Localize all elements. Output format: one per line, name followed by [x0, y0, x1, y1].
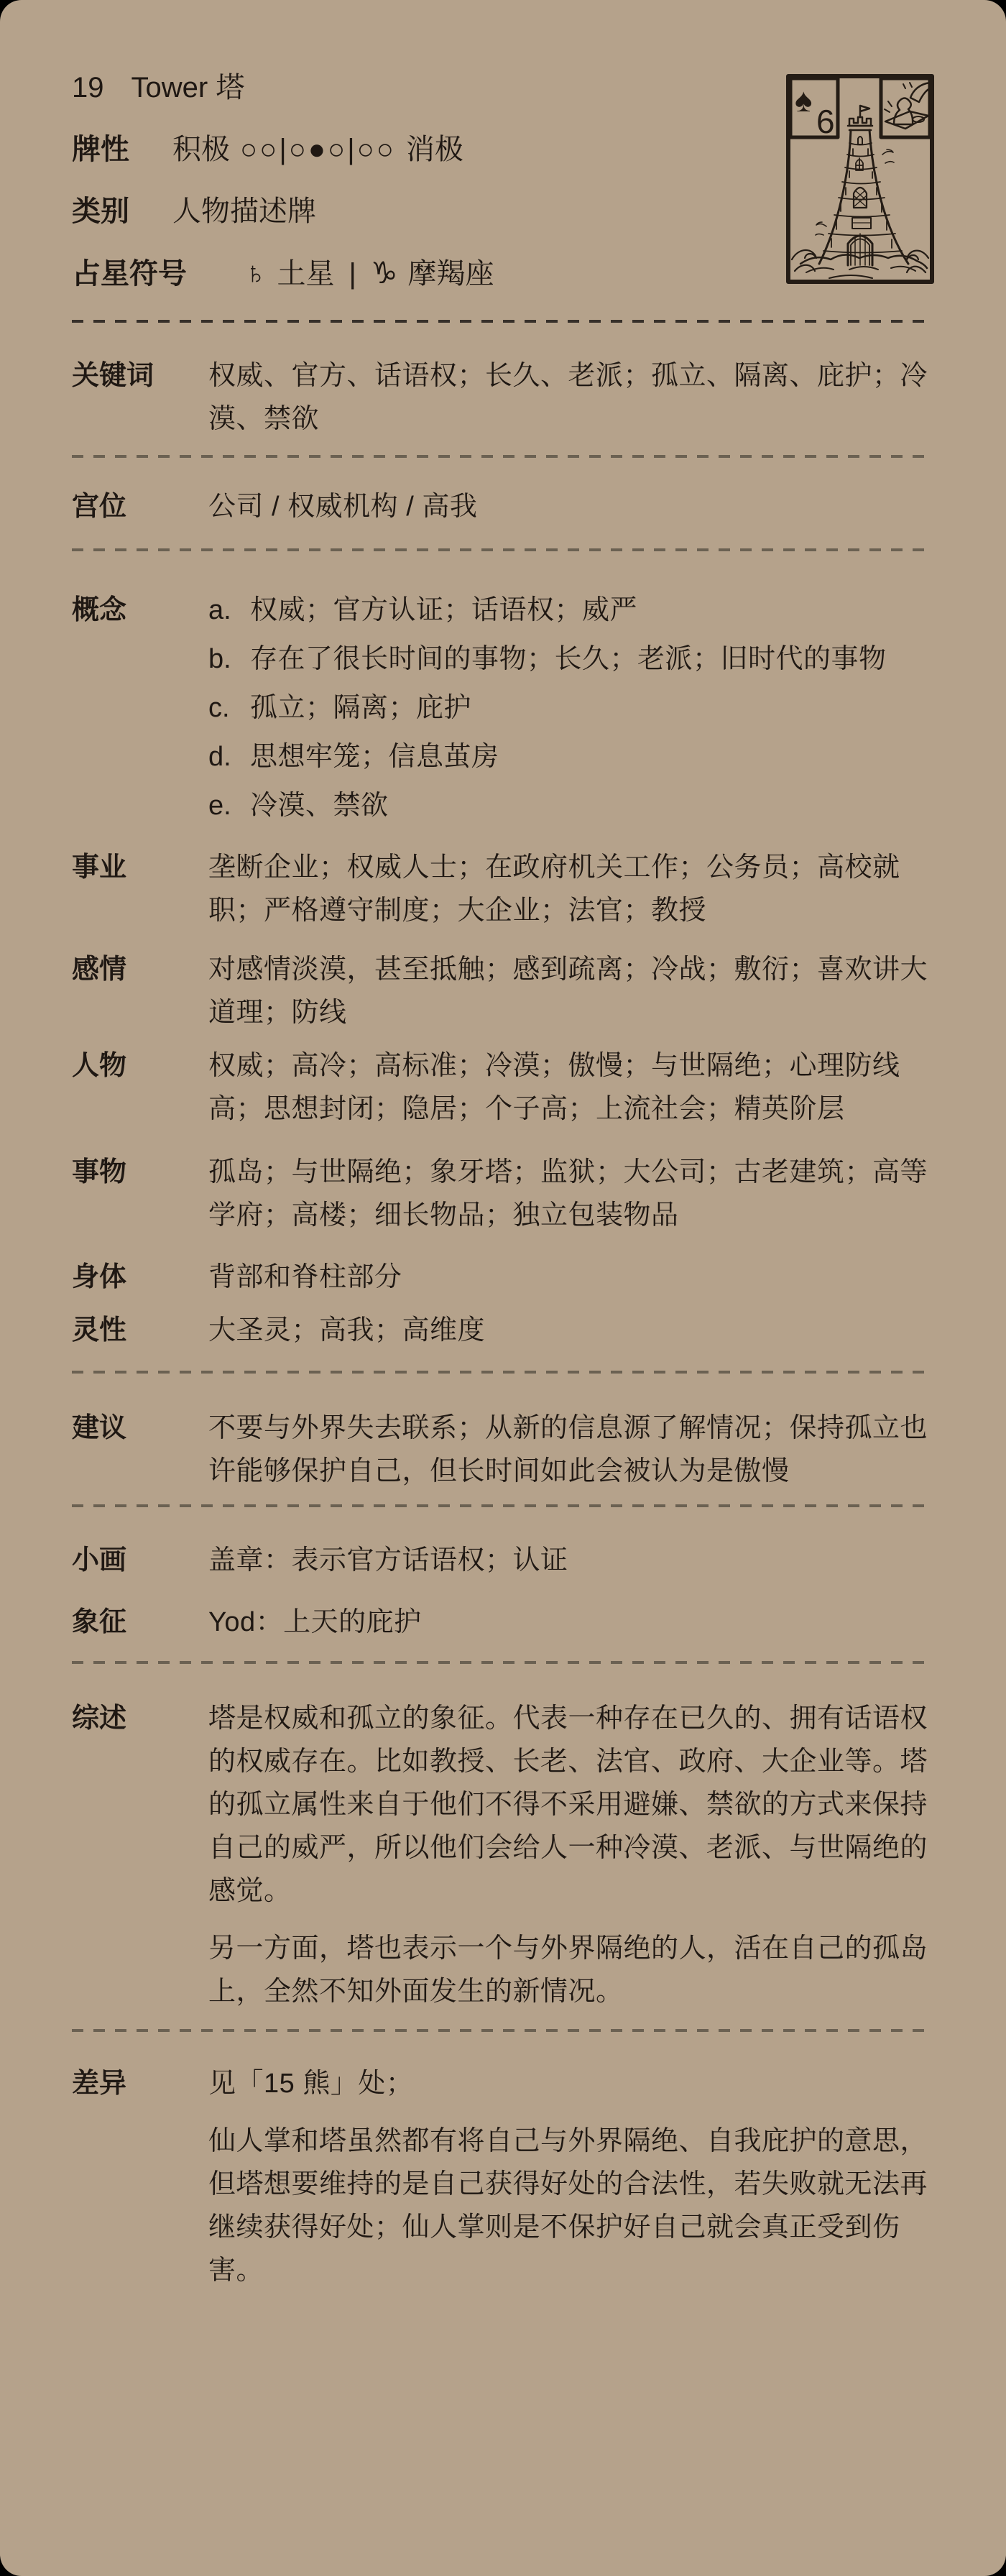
list-item: c. 孤立；隔离；庇护 — [208, 686, 934, 730]
astrology-divider: | — [345, 258, 361, 290]
section-label: 宫位 — [72, 485, 208, 528]
dashed-divider — [72, 1371, 934, 1374]
category-label: 类别 — [72, 195, 172, 227]
section-label: 事物 — [72, 1151, 208, 1237]
paragraph: 塔是权威和孤立的象征。代表一种存在已久的、拥有话语权的权威存在。比如教授、长老、… — [208, 1697, 934, 1913]
capricorn-name: 摩羯座 — [408, 258, 494, 290]
saturn-name: 土星 — [277, 258, 335, 290]
section-spirit: 灵性 大圣灵；高我；高维度 — [72, 1309, 934, 1352]
section-label: 灵性 — [72, 1309, 208, 1352]
section-label: 建议 — [72, 1407, 208, 1493]
section-label: 小画 — [72, 1539, 208, 1582]
list-marker: b. — [208, 638, 250, 681]
polarity-scale: ○○|○●○|○○ — [240, 134, 396, 165]
list-marker: d. — [208, 735, 250, 778]
list-item: e. 冷漠、禁欲 — [208, 784, 934, 827]
list-item: d. 思想牢笼；信息茧房 — [208, 735, 934, 778]
dashed-divider — [72, 548, 934, 551]
section-concepts: 概念 a. 权威；官方认证；话语权；威严 b. 存在了很长时间的事物；长久；老派… — [72, 589, 934, 833]
concept-list: a. 权威；官方认证；话语权；威严 b. 存在了很长时间的事物；长久；老派；旧时… — [208, 589, 934, 833]
section-vignette: 小画 盖章：表示官方话语权；认证 — [72, 1539, 934, 1582]
section-label: 人物 — [72, 1044, 208, 1131]
section-text: 权威、官方、话语权；长久、老派；孤立、隔离、庇护；冷漠、禁欲 — [208, 354, 934, 441]
polarity-negative: 消极 — [406, 134, 463, 165]
section-text: Yod：上天的庇护 — [208, 1601, 934, 1644]
list-marker: c. — [208, 686, 250, 730]
category-value: 人物描述牌 — [172, 195, 316, 227]
list-item: a. 权威；官方认证；话语权；威严 — [208, 589, 934, 632]
dashed-divider — [72, 320, 934, 323]
tower-card-illustration: ♠ 6 — [786, 74, 934, 284]
capricorn-icon: ♑ — [371, 257, 398, 289]
section-symbol: 象征 Yod：上天的庇护 — [72, 1601, 934, 1644]
section-text: 盖章：表示官方话语权；认证 — [208, 1539, 934, 1582]
card-number: 19 — [72, 72, 104, 103]
spade-rank-box: ♠ 6 — [790, 78, 838, 140]
paragraph: 见「15 熊」处； — [208, 2062, 934, 2105]
dashed-divider — [72, 2029, 934, 2032]
dashed-divider — [72, 1504, 934, 1507]
section-overview: 综述 塔是权威和孤立的象征。代表一种存在已久的、拥有话语权的权威存在。比如教授、… — [72, 1697, 934, 2013]
polarity-value: 积极 ○○|○●○|○○ 消极 — [172, 134, 463, 165]
section-label: 综述 — [72, 1697, 208, 2013]
section-label: 身体 — [72, 1256, 208, 1299]
card-reference-page: 19 Tower 塔 牌性 积极 ○○|○●○|○○ 消极 类别 人物描述牌 占… — [0, 0, 1006, 2576]
section-palace: 宫位 公司 / 权威机构 / 高我 — [72, 485, 934, 528]
section-label: 象征 — [72, 1601, 208, 1644]
section-difference: 差异 见「15 熊」处； 仙人掌和塔虽然都有将自己与外界隔绝、自我庇护的意思，但… — [72, 2062, 934, 2292]
polarity-positive: 积极 — [172, 134, 230, 165]
section-keywords: 关键词 权威、官方、话语权；长久、老派；孤立、隔离、庇护；冷漠、禁欲 — [72, 354, 934, 441]
section-text: 垄断企业；权威人士；在政府机关工作；公务员；高校就职；严格遵守制度；大企业；法官… — [208, 846, 934, 932]
dashed-divider — [72, 1661, 934, 1664]
dashed-divider — [72, 455, 934, 458]
section-label: 差异 — [72, 2062, 208, 2292]
saturn-icon: ♄ — [244, 257, 267, 289]
section-person: 人物 权威；高冷；高标准；冷漠；傲慢；与世隔绝；心理防线高；思想封闭；隐居；个子… — [72, 1044, 934, 1131]
card-rank: 6 — [816, 103, 835, 140]
section-text: 不要与外界失去联系；从新的信息源了解情况；保持孤立也许能够保护自己，但长时间如此… — [208, 1407, 934, 1493]
polarity-label: 牌性 — [72, 134, 172, 165]
section-advice: 建议 不要与外界失去联系；从新的信息源了解情况；保持孤立也许能够保护自己，但长时… — [72, 1407, 934, 1493]
list-item: b. 存在了很长时间的事物；长久；老派；旧时代的事物 — [208, 638, 934, 681]
section-body: 身体 背部和脊柱部分 — [72, 1256, 934, 1299]
card-name: Tower 塔 — [131, 72, 245, 103]
section-things: 事物 孤岛；与世隔绝；象牙塔；监狱；大公司；古老建筑；高等学府；高楼；细长物品；… — [72, 1151, 934, 1237]
section-paragraphs: 塔是权威和孤立的象征。代表一种存在已久的、拥有话语权的权威存在。比如教授、长老、… — [208, 1697, 934, 2013]
section-text: 背部和脊柱部分 — [208, 1256, 934, 1299]
spade-icon: ♠ — [795, 81, 812, 119]
section-paragraphs: 见「15 熊」处； 仙人掌和塔虽然都有将自己与外界隔绝、自我庇护的意思，但塔想要… — [208, 2062, 934, 2292]
paragraph: 仙人掌和塔虽然都有将自己与外界隔绝、自我庇护的意思，但塔想要维持的是自己获得好处… — [208, 2120, 934, 2292]
section-text: 公司 / 权威机构 / 高我 — [208, 485, 934, 528]
section-label: 事业 — [72, 846, 208, 932]
section-label: 概念 — [72, 589, 208, 833]
section-text: 孤岛；与世隔绝；象牙塔；监狱；大公司；古老建筑；高等学府；高楼；细长物品；独立包… — [208, 1151, 934, 1237]
section-label: 感情 — [72, 948, 208, 1034]
section-career: 事业 垄断企业；权威人士；在政府机关工作；公务员；高校就职；严格遵守制度；大企业… — [72, 846, 934, 932]
astrology-label: 占星符号 — [72, 258, 187, 290]
paragraph: 另一方面，塔也表示一个与外界隔绝的人，活在自己的孤岛上，全然不知外面发生的新情况… — [208, 1927, 934, 2013]
section-label: 关键词 — [72, 354, 208, 441]
list-marker: e. — [208, 784, 250, 827]
section-text: 权威；高冷；高标准；冷漠；傲慢；与世隔绝；心理防线高；思想封闭；隐居；个子高；上… — [208, 1044, 934, 1131]
section-text: 大圣灵；高我；高维度 — [208, 1309, 934, 1352]
section-text: 对感情淡漠，甚至抵触；感到疏离；冷战；敷衍；喜欢讲大道理；防线 — [208, 948, 934, 1034]
stamp-hand-icon — [881, 78, 930, 137]
list-marker: a. — [208, 589, 250, 632]
astrology-value: ♄ 土星 | ♑ 摩羯座 — [244, 257, 494, 290]
section-love: 感情 对感情淡漠，甚至抵触；感到疏离；冷战；敷衍；喜欢讲大道理；防线 — [72, 948, 934, 1034]
